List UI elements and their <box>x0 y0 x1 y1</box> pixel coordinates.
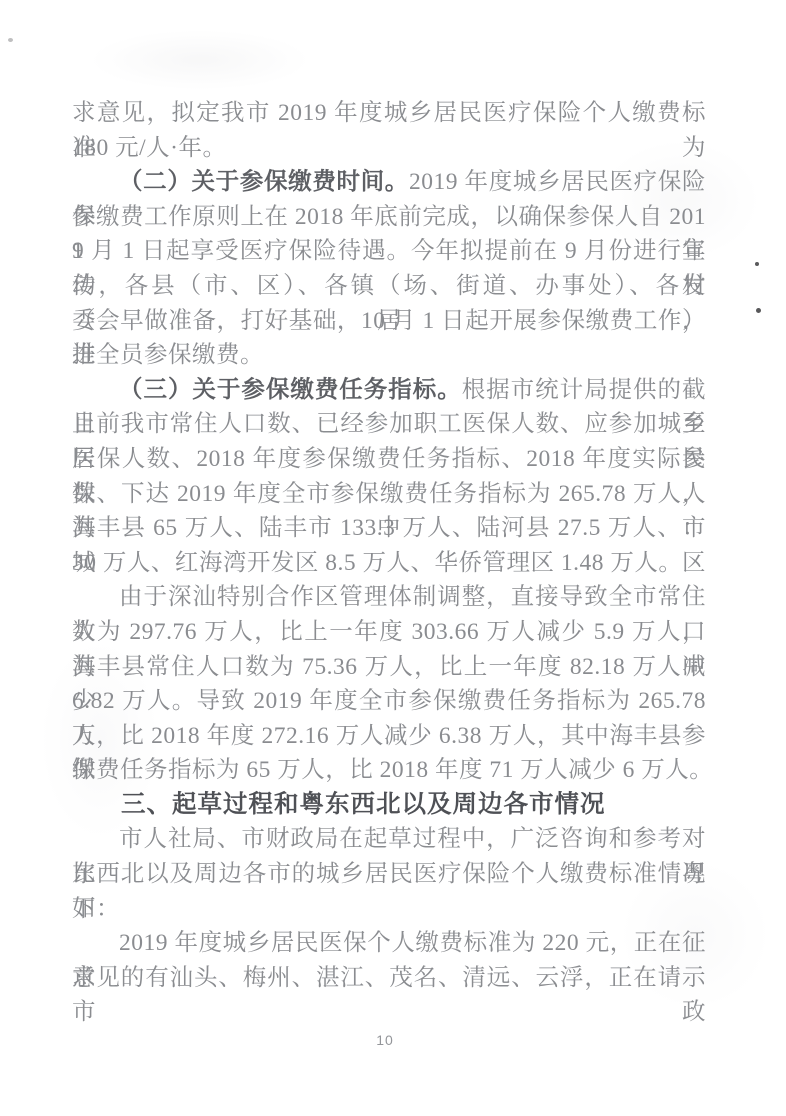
text-line: 保缴费工作原则上在 2018 年底前完成，以确保参保人自 2019 年 <box>72 200 706 235</box>
text-line: （二）关于参保缴费时间。2019 年度城乡居民医疗保险参 <box>72 165 706 200</box>
document-body: 求意见，拟定我市 2019 年度城乡居民医疗保险个人缴费标准为180 元/人·年… <box>72 96 706 995</box>
text-line: （三）关于参保缴费任务指标。根据市统计局提供的截止至 <box>72 373 706 408</box>
text-line: 求意见，拟定我市 2019 年度城乡居民医疗保险个人缴费标准为 <box>72 96 706 131</box>
line-text: 30 万人、红海湾开发区 8.5 万人、华侨管理区 1.48 万人。 <box>72 550 682 576</box>
text-line: 数为 297.76 万人，比上一年度 303.66 万人减少 5.9 万人，其中 <box>72 615 706 650</box>
text-line: 下： <box>72 892 706 927</box>
bold-lead-text: （二）关于参保缴费时间。 <box>119 169 409 195</box>
line-text: 缴费任务指标为 65 万人，比 2018 年度 71 万人减少 6 万人。 <box>72 757 713 783</box>
text-line: 目前我市常住人口数、已经参加职工医保人数、应参加城乡居民 <box>72 407 706 442</box>
scan-speck <box>755 262 759 266</box>
text-line: 由于深汕特别合作区管理体制调整，直接导致全市常住人口 <box>72 580 706 615</box>
line-text: 进全员参保缴费。 <box>72 342 264 368</box>
text-line: 1 月 1 日起享受医疗保险待遇。今年拟提前在 9 月份进行宣传发 <box>72 234 706 269</box>
text-line: 动，各县（市、区）、各镇（场、街道、办事处）、各村（居） <box>72 269 706 304</box>
text-line: 2019 年度城乡居民医保个人缴费标准为 220 元，正在征求 <box>72 926 706 961</box>
line-text: 三、起草过程和粤东西北以及周边各市情况 <box>121 791 606 818</box>
text-line: 30 万人、红海湾开发区 8.5 万人、华侨管理区 1.48 万人。 <box>72 546 706 581</box>
text-line: 缴费任务指标为 65 万人，比 2018 年度 71 万人减少 6 万人。 <box>72 753 706 788</box>
line-text: 180 元/人·年。 <box>72 135 226 161</box>
page-number: 10 <box>0 1032 770 1048</box>
line-text: 意见的有汕头、梅州、湛江、茂名、清远、云浮，正在请示市政 <box>72 965 706 1026</box>
text-line: 市人社局、市财政局在起草过程中，广泛咨询和参考对比粤 <box>72 822 706 857</box>
text-line: 东西北以及周边各市的城乡居民医疗保险个人缴费标准情况如 <box>72 857 706 892</box>
bold-lead-text: （三）关于参保缴费任务指标。 <box>119 377 462 403</box>
text-line: 海丰县 65 万人、陆丰市 133.3 万人、陆河县 27.5 万人、市城区 <box>72 511 706 546</box>
text-line: 数、下达 2019 年度全市参保缴费任务指标为 265.78 万人，其中： <box>72 477 706 512</box>
section-heading-line: 三、起草过程和粤东西北以及周边各市情况 <box>72 788 706 823</box>
paper-smudge <box>90 30 310 90</box>
text-line: 海丰县常住人口数为 75.36 万人，比上一年度 82.18 万人减少 <box>72 650 706 685</box>
text-line: 委会早做准备，打好基础，10 月 1 日起开展参保缴费工作，推 <box>72 304 706 339</box>
scan-speck <box>756 308 761 313</box>
text-line: 医保人数、2018 年度参保缴费任务指标、2018 年度实际参保人 <box>72 442 706 477</box>
text-line: 意见的有汕头、梅州、湛江、茂名、清远、云浮，正在请示市政 <box>72 961 706 996</box>
text-line: 进全员参保缴费。 <box>72 338 706 373</box>
scan-speck <box>8 38 13 42</box>
document-page: 求意见，拟定我市 2019 年度城乡居民医疗保险个人缴费标准为180 元/人·年… <box>0 0 786 1116</box>
line-text: 下： <box>72 896 120 922</box>
text-line: 6.82 万人。导致 2019 年度全市参保缴费任务指标为 265.78 万 <box>72 684 706 719</box>
text-line: 人，比 2018 年度 272.16 万人减少 6.38 万人，其中海丰县参保 <box>72 719 706 754</box>
